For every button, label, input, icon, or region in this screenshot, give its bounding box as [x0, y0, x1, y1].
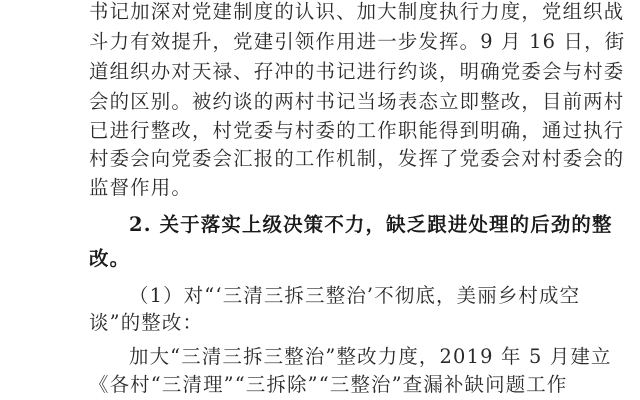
paragraph-line: 《各村“三清理”“三拆除”“三整治”查漏补缺问题工作	[89, 374, 557, 396]
paragraph-line: 加大“三清三拆三整治”整改力度，2019 年 5 月建立	[129, 346, 557, 368]
paragraph-line: 村委会向党委会汇报的工作机制，发挥了党委会对村委会的	[89, 148, 557, 170]
paragraph-line: 斗力有效提升，党建引领作用进一步发挥。9 月 16 日，街	[89, 31, 557, 53]
paragraph-line: 监督作用。	[89, 177, 192, 199]
subsection-heading: （1）对“‘三清三拆三整治’不彻底，美丽乡村成空	[129, 285, 557, 307]
section-heading: 2. 关于落实上级决策不力，缺乏跟进处理的后劲的整	[129, 214, 557, 236]
section-heading: 改。	[89, 248, 130, 270]
subsection-heading: 谈”的整改：	[89, 312, 203, 334]
paragraph-line: 会的区别。被约谈的两村书记当场表态立即整改，目前两村	[89, 91, 557, 113]
paragraph-line: 道组织办对天禄、孖冲的书记进行约谈，明确党委会与村委	[89, 61, 557, 83]
paragraph-line: 已进行整改，村党委与村委的工作职能得到明确，通过执行	[89, 120, 557, 142]
paragraph-line: 书记加深对党建制度的认识、加大制度执行力度，党组织战	[89, 1, 557, 23]
